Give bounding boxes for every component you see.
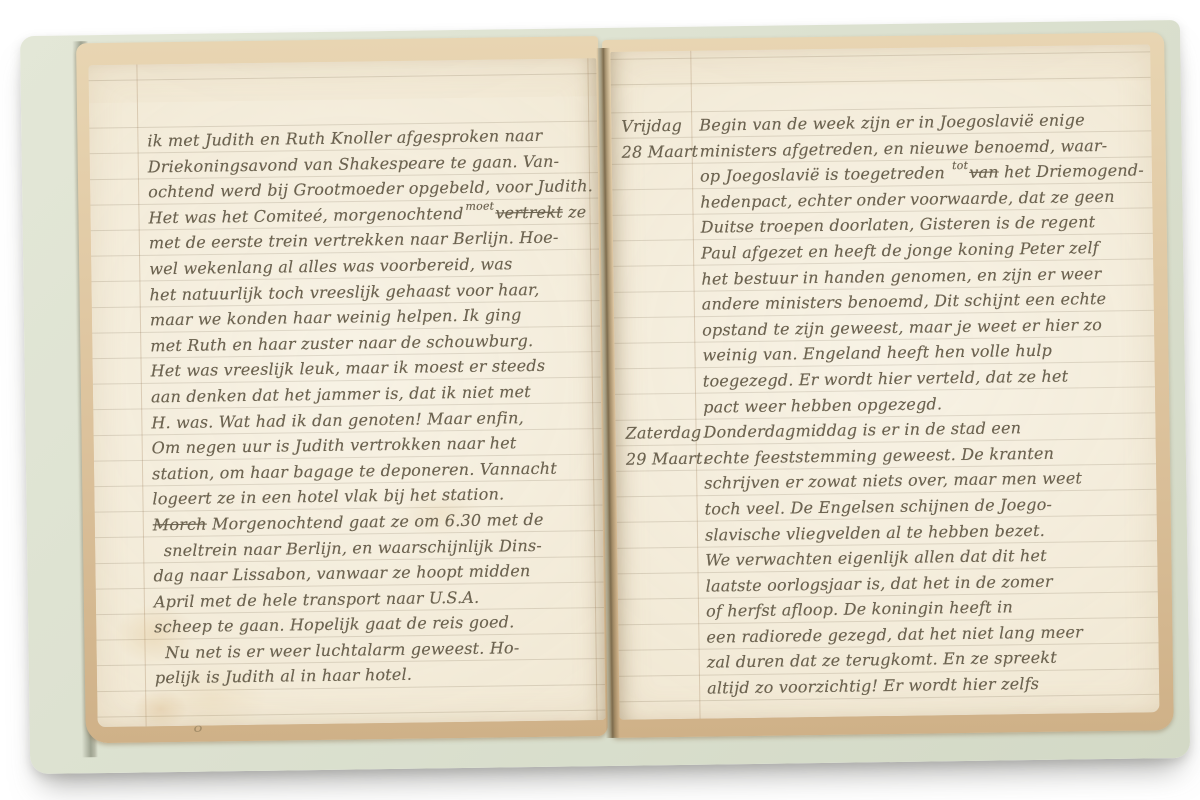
- inserted-word: moet: [465, 199, 494, 212]
- inserted-word: tot: [952, 159, 968, 172]
- margin-date-label: Vrijdag: [621, 113, 682, 139]
- notebook-spread: 8 ik met Judith en Ruth Knoller afgespro…: [20, 10, 1190, 774]
- text-segment: Morgenochtend gaat ze om 6.30 met de: [207, 510, 544, 534]
- margin-date-label: Zaterdag: [625, 420, 701, 447]
- text-segment: Het was het Comiteé, morgenochtend: [148, 204, 463, 227]
- diary-photo: 8 ik met Judith en Ruth Knoller afgespro…: [0, 0, 1200, 800]
- foxing-stain: [133, 689, 188, 730]
- margin-date-label: 28 Maart: [621, 138, 698, 165]
- handwriting-line: altijd zo voorzichtig! Er wordt hier zel…: [707, 669, 1155, 701]
- handwriting-line: pelijk is Judith al in haar hotel.: [155, 660, 603, 692]
- left-margin-line: [136, 64, 146, 726]
- left-page: ik met Judith en Ruth Knoller afgesproke…: [88, 58, 605, 727]
- struck-word: vertrekt: [495, 202, 563, 222]
- right-page-handwriting: Begin van de week zijn er in Joegoslavië…: [699, 106, 1155, 701]
- date-margin-column: Vrijdag28 MaartZaterdag29 Maart.: [621, 113, 691, 114]
- text-segment: ze: [563, 202, 587, 221]
- struck-word: Morch: [153, 514, 207, 534]
- right-page: Vrijdag28 MaartZaterdag29 Maart. Begin v…: [610, 44, 1159, 719]
- text-segment: het Driemogend-: [999, 161, 1144, 182]
- left-page-handwriting: ik met Judith en Ruth Knoller afgesproke…: [147, 122, 603, 691]
- text-segment: op Joegoslavië is toegetreden: [700, 163, 950, 185]
- struck-word: van: [969, 163, 999, 182]
- margin-date-label: 29 Maart.: [626, 445, 708, 472]
